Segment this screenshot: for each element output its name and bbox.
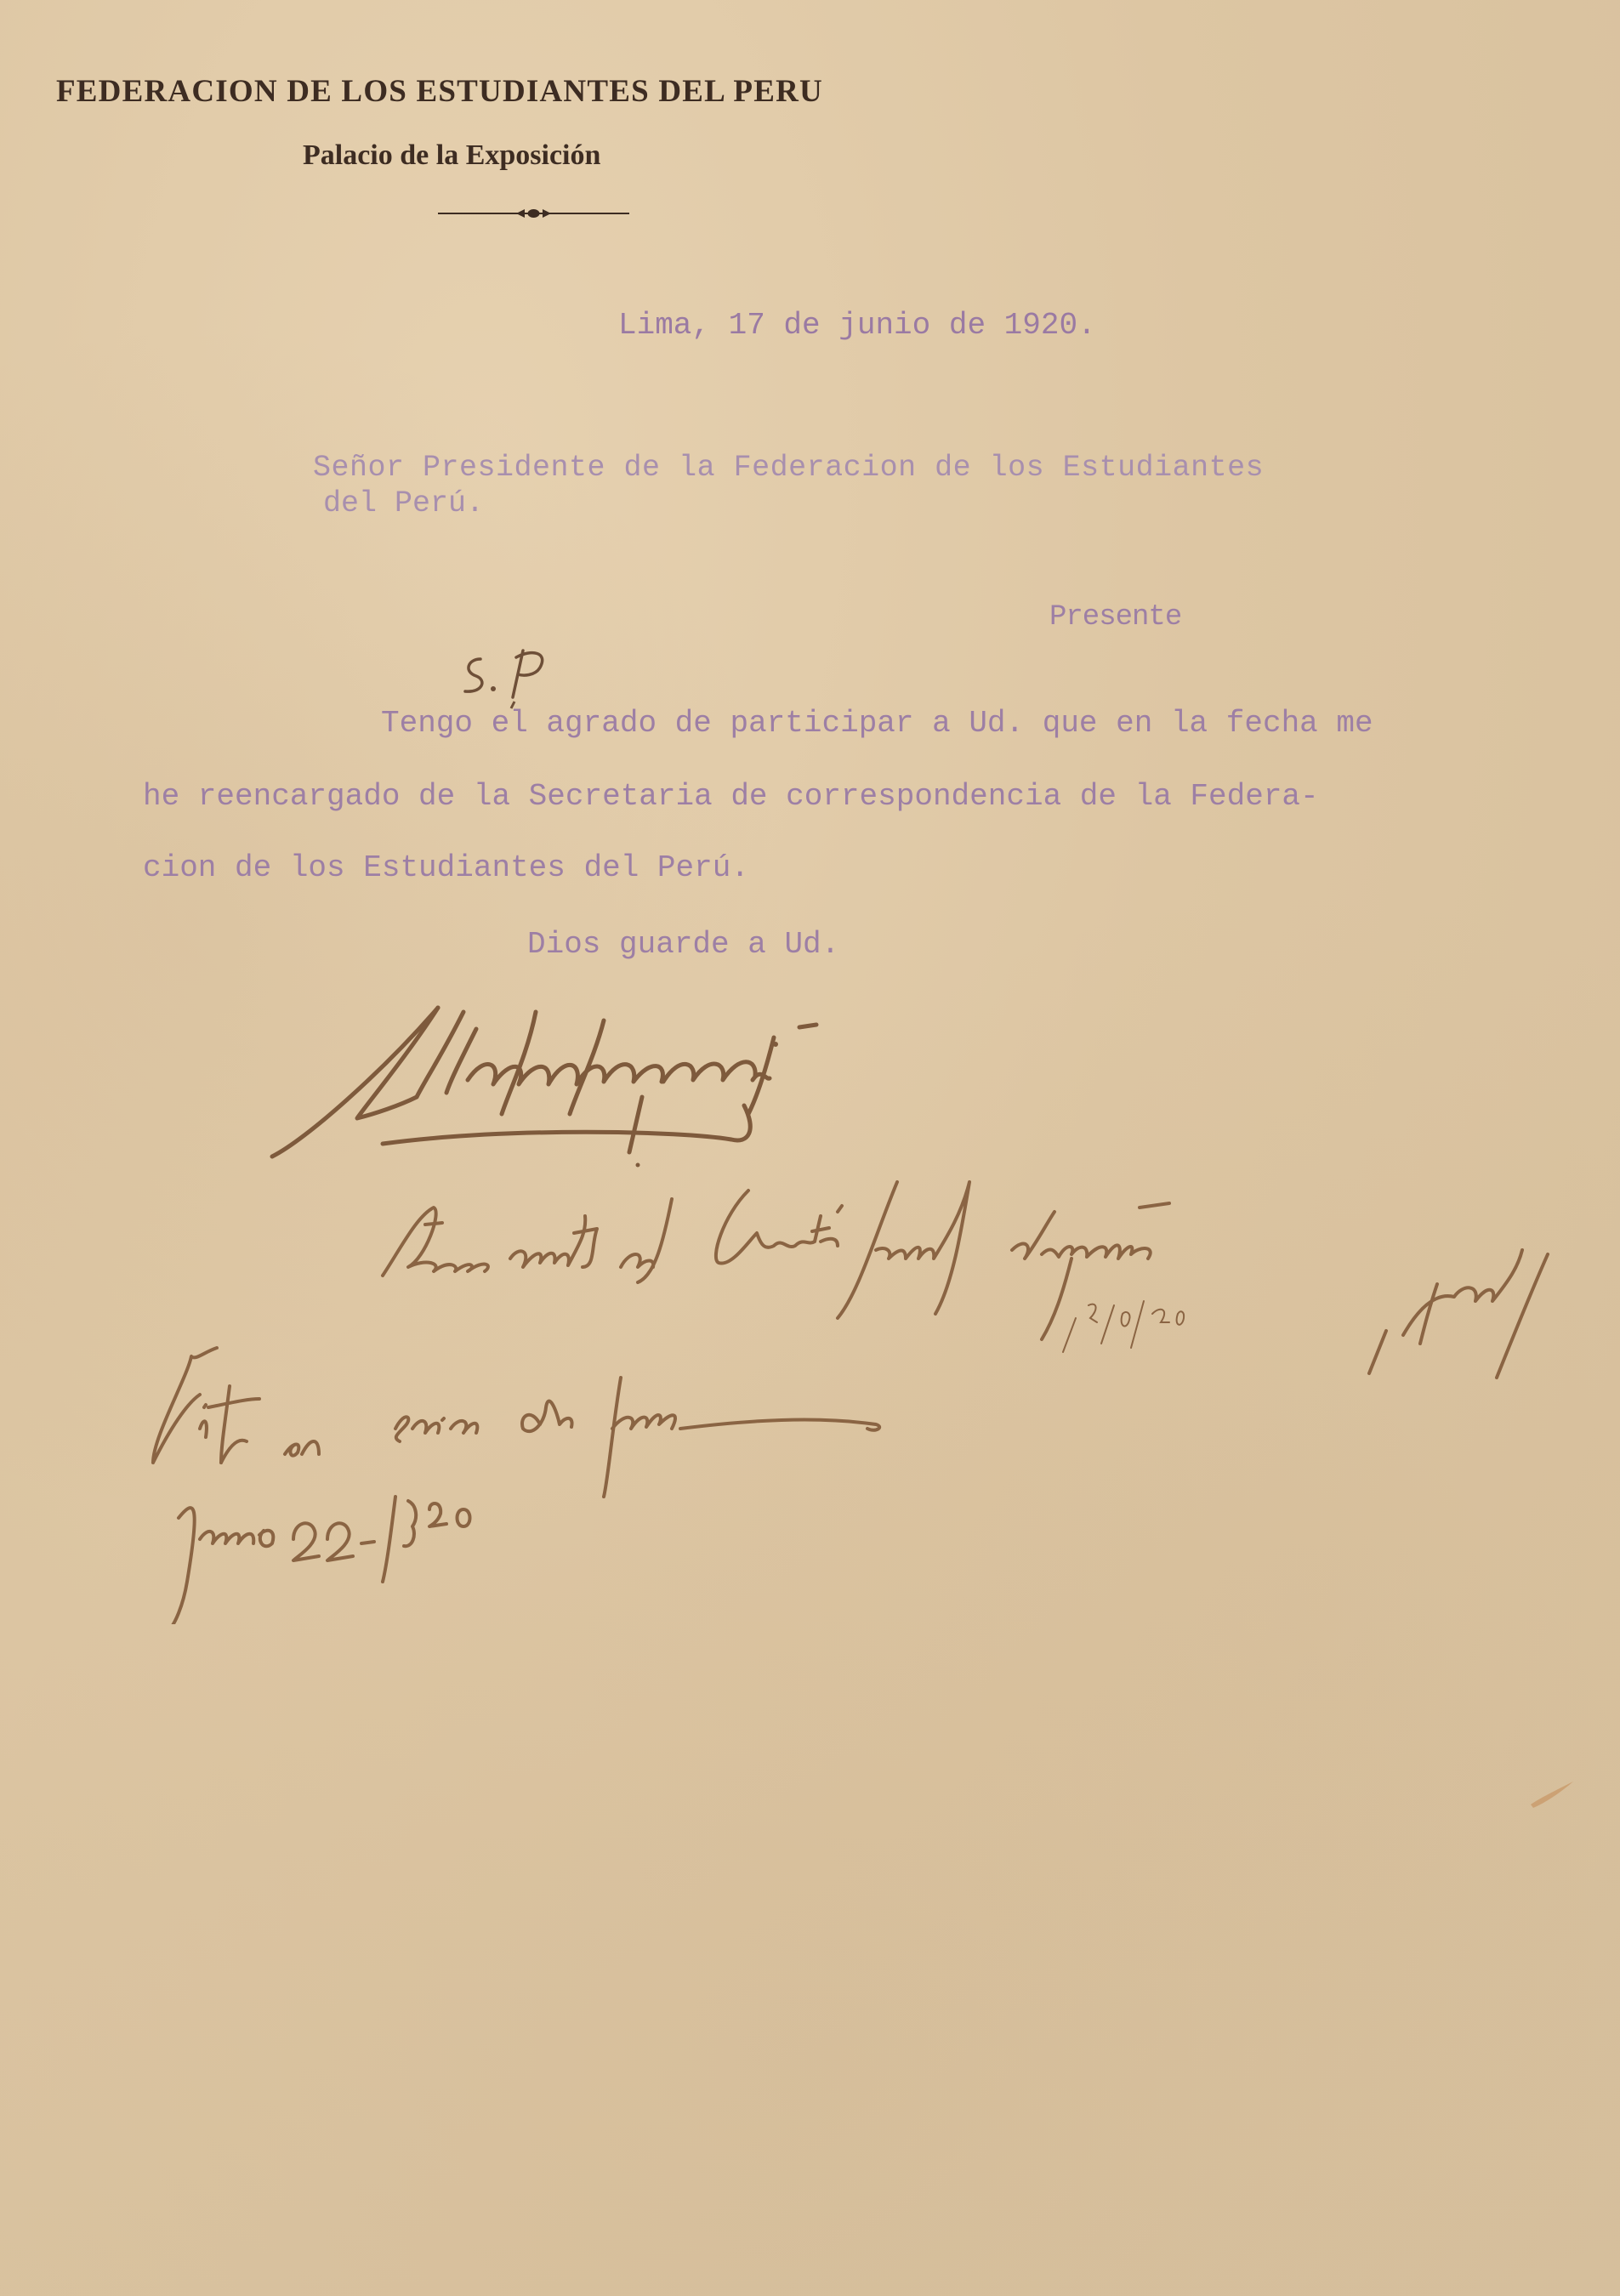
addressee-line-2: del Perú. bbox=[323, 486, 484, 520]
body-line-1: Tengo el agrado de participar a Ud. que … bbox=[381, 706, 1373, 741]
body-line-2: he reencargado de la Secretaria de corre… bbox=[143, 779, 1319, 814]
ornament-divider-icon bbox=[438, 207, 629, 219]
date-line: Lima, 17 de junio de 1920. bbox=[618, 308, 1096, 343]
signature bbox=[255, 986, 1071, 1174]
addressee-line-1: Señor Presidente de la Federacion de los… bbox=[313, 451, 1264, 485]
letterhead-organization: FEDERACION DE LOS ESTUDIANTES DEL PERU bbox=[56, 73, 823, 110]
sp-handwritten-mark bbox=[455, 642, 574, 710]
letter-page: FEDERACION DE LOS ESTUDIANTES DEL PERU P… bbox=[0, 0, 1620, 2296]
body-line-3: cion de los Estudiantes del Perú. bbox=[143, 850, 749, 885]
presente-line: Presente bbox=[1049, 601, 1181, 634]
paper-stain bbox=[1526, 1777, 1577, 1811]
annotation-visto-en-sesion bbox=[136, 1327, 1327, 1624]
letterhead-address: Palacio de la Exposición bbox=[303, 139, 600, 172]
closing-line: Dios guarde a Ud. bbox=[527, 927, 839, 962]
